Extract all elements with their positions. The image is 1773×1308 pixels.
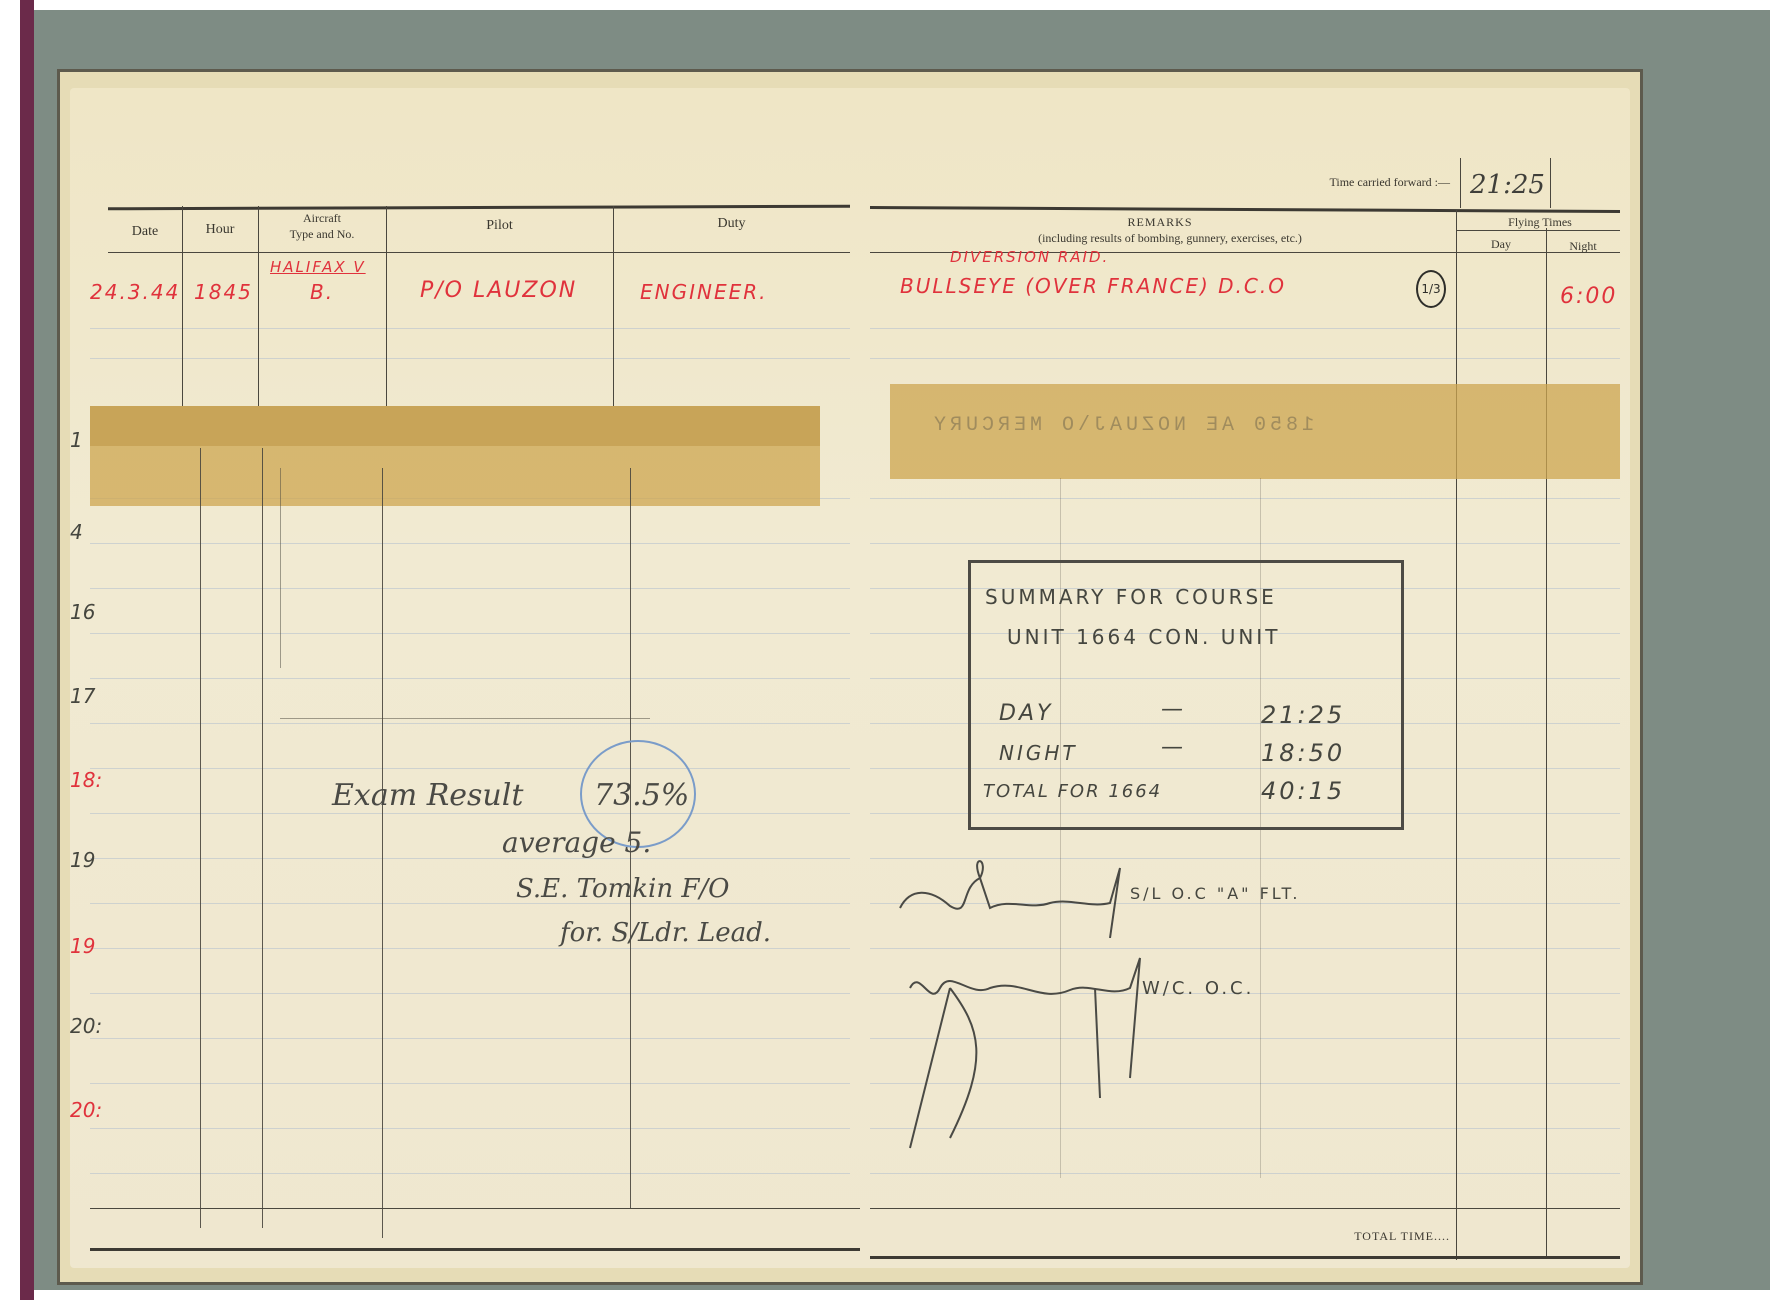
course-summary-box: SUMMARY FOR COURSE UNIT 1664 CON. UNIT D… — [968, 560, 1404, 830]
exam-signature-role: for. S/Ldr. Lead. — [560, 918, 771, 948]
remarks-header: REMARKS — [960, 214, 1360, 230]
margin-number: 19 — [70, 934, 95, 958]
entry-date: 24.3.44 — [90, 280, 180, 304]
summary-day-value: 21:25 — [1261, 701, 1345, 729]
night-header: Night — [1546, 238, 1620, 254]
margin-number: 16 — [70, 600, 95, 624]
margin-number: 20: — [70, 1098, 102, 1122]
time-carried-forward-value: 21:25 — [1470, 170, 1545, 200]
margin-number: 17 — [70, 684, 95, 708]
column-header-duty: Duty — [613, 216, 850, 232]
column-header-aircraft-line1: Aircraft — [258, 210, 386, 226]
book-cover-edge — [20, 0, 34, 1300]
summary-title: SUMMARY FOR COURSE — [985, 585, 1277, 609]
exam-signature: S.E. Tomkin F/O — [516, 874, 729, 904]
margin-number: 19 — [70, 848, 95, 872]
signature-wc-suffix: W/C. O.C. — [1142, 978, 1254, 999]
margin-number: 4 — [70, 520, 83, 544]
header-top-rule — [108, 205, 850, 211]
summary-night-dash: — — [1161, 735, 1186, 760]
entry-aircraft-type: HALIFAX V — [270, 258, 366, 276]
flying-times-header: Flying Times — [1460, 214, 1620, 230]
summary-night-label: NIGHT — [999, 741, 1078, 765]
time-carried-forward-label: Time carried forward :— — [1250, 174, 1450, 190]
entry-hour: 1845 — [194, 280, 253, 304]
entry-duty: ENGINEER. — [640, 280, 767, 304]
summary-unit: UNIT 1664 CON. UNIT — [1007, 625, 1280, 649]
day-header: Day — [1456, 236, 1546, 252]
remarks-subheader: (including results of bombing, gunnery, … — [900, 230, 1440, 246]
signature-sl-suffix: S/L O.C "A" FLT. — [1130, 884, 1300, 903]
column-header-hour: Hour — [182, 222, 258, 238]
margin-number: 1 — [70, 428, 83, 452]
margin-number: 18: — [70, 768, 102, 792]
header-top-rule — [870, 206, 1620, 213]
logbook: Date Hour Aircraft Type and No. Pilot Du… — [60, 72, 1640, 1282]
summary-total-value: 40:15 — [1261, 777, 1345, 805]
summary-day-label: DAY — [999, 701, 1053, 726]
right-page: Time carried forward :— 21:25 REMARKS (i… — [860, 88, 1630, 1268]
tape-ghost-text: 1850 AE NOZUAJ\O MERCURY — [930, 414, 1314, 437]
left-page: Date Hour Aircraft Type and No. Pilot Du… — [70, 88, 860, 1268]
remarks-line2: BULLSEYE (OVER FRANCE) D.C.O — [900, 274, 1286, 298]
exam-average: average 5. — [502, 826, 651, 859]
remarks-line1: DIVERSION RAID. — [950, 248, 1109, 266]
margin-number: 20: — [70, 1014, 102, 1038]
summary-night-value: 18:50 — [1261, 739, 1345, 767]
summary-day-dash: — — [1161, 697, 1186, 722]
entry-aircraft-no: B. — [310, 280, 334, 304]
header-bottom-rule — [108, 252, 850, 253]
total-time-label: TOTAL TIME.... — [1290, 1228, 1450, 1244]
summary-total-label: TOTAL FOR 1664 — [983, 781, 1162, 802]
exam-result-label: Exam Result — [332, 778, 523, 813]
entry-night-time: 6:00 — [1560, 284, 1617, 309]
entry-pilot: P/O LAUZON — [420, 278, 577, 303]
column-header-aircraft-line2: Type and No. — [258, 226, 386, 242]
exam-result-value: 73.5% — [594, 778, 689, 813]
circled-fraction: 1/3 — [1416, 270, 1446, 308]
tape-strip-left-upper — [90, 406, 820, 446]
column-header-pilot: Pilot — [386, 218, 613, 234]
column-header-date: Date — [108, 224, 182, 240]
